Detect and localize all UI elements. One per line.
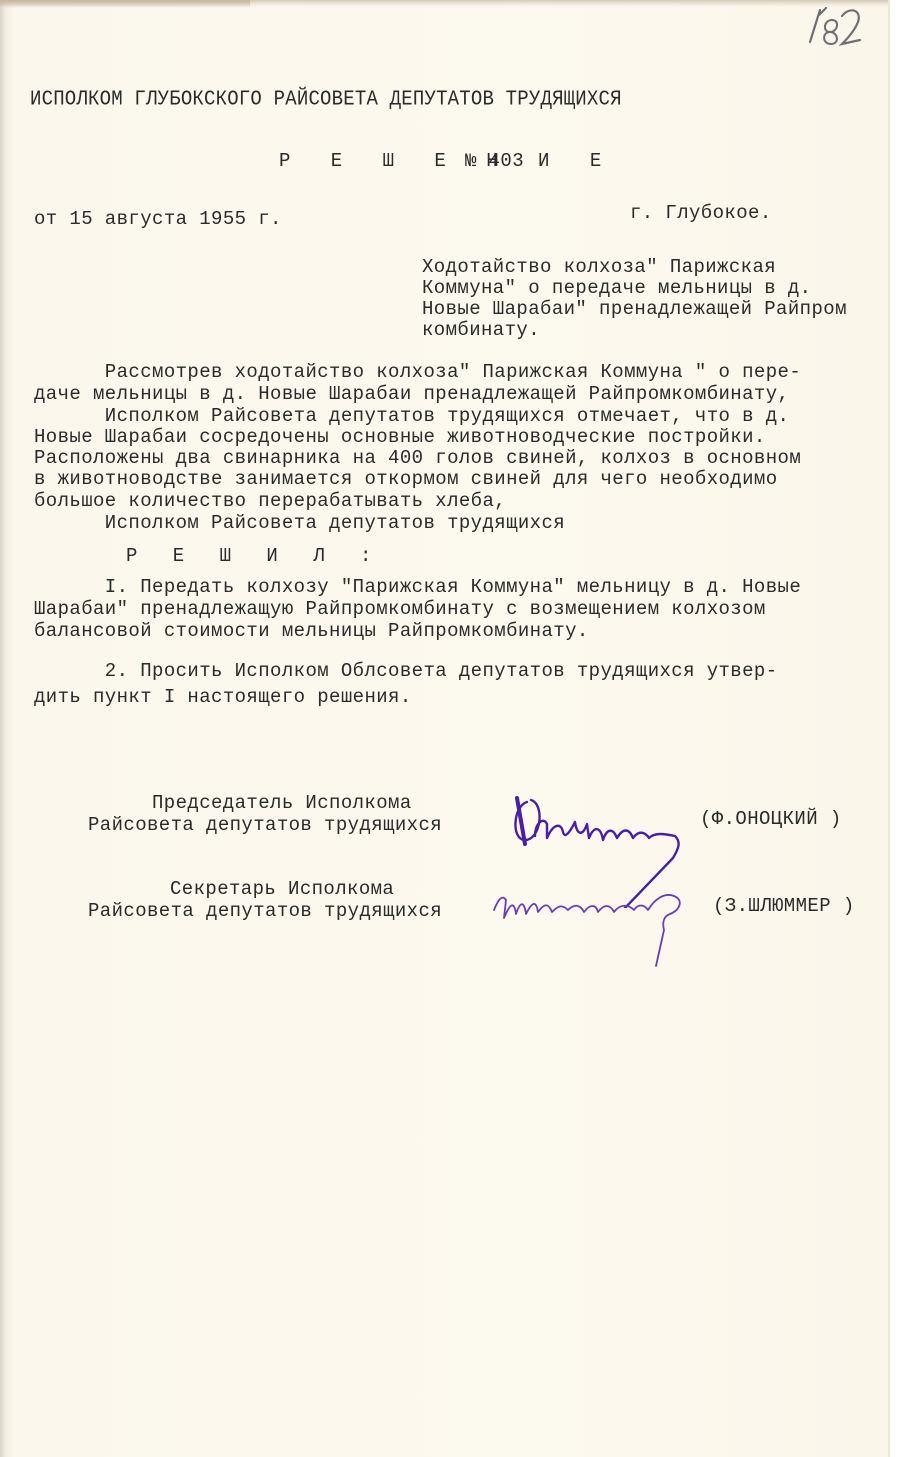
- resolved-label: Р Е Ш И Л :: [126, 547, 383, 566]
- body-line: Исполком Райсовета депутатов трудящихся …: [34, 407, 789, 426]
- body-line: Исполком Райсовета депутатов трудящихся: [34, 514, 565, 533]
- item-line: дить пункт I настоящего решения.: [34, 688, 412, 707]
- document-title: Р Е Ш Е Н И Е: [279, 152, 616, 171]
- document-place: г. Глубокое.: [630, 204, 772, 223]
- folio-number-handwritten: [804, 2, 864, 48]
- signatory-title: Райсовета депутатов трудящихся: [88, 816, 442, 835]
- document-page: ИСПОЛКОМ ГЛУБОКСКОГО РАЙСОВЕТА ДЕПУТАТОВ…: [0, 0, 890, 1457]
- subject-line: Новые Шарабаи" пренадлежащей Райпром: [422, 300, 847, 319]
- signatory-name: (Ф.ОНОЦКИЙ ): [700, 810, 842, 829]
- subject-line: Коммуна" о передаче мельницы в д.: [422, 279, 811, 298]
- body-line: большое количество перерабатывать хлеба,: [34, 492, 506, 511]
- secretary-signature: [488, 870, 698, 970]
- item-line: балансовой стоимости мельницы Райпромком…: [34, 622, 589, 641]
- signatory-name: (З.ШЛЮММЕР ): [713, 897, 855, 916]
- signatory-title: Секретарь Исполкома: [170, 880, 394, 899]
- organization-header: ИСПОЛКОМ ГЛУБОКСКОГО РАЙСОВЕТА ДЕПУТАТОВ…: [30, 89, 622, 110]
- body-line: Рассмотрев ходотайство колхоза" Парижска…: [34, 363, 801, 382]
- body-line: Новые Шарабаи сосредочены основные живот…: [34, 428, 766, 447]
- paper-edge-shadow: [0, 0, 250, 8]
- subject-line: комбинату.: [422, 321, 540, 340]
- subject-line: Ходотайство колхоза" Парижская: [422, 258, 776, 277]
- signatory-title: Райсовета депутатов трудящихся: [88, 902, 442, 921]
- document-date: от 15 августа 1955 г.: [34, 210, 282, 229]
- body-line: Расположены два свинарника на 400 голов …: [34, 449, 801, 468]
- decision-number: № 403: [465, 152, 524, 171]
- item-line: Шарабаи" пренадлежащую Райпромкомбинату …: [34, 600, 766, 619]
- item-line: I. Передать колхозу "Парижская Коммуна" …: [34, 578, 801, 597]
- item-line: 2. Просить Исполком Облсовета депутатов …: [34, 662, 778, 681]
- body-line: даче мельницы в д. Новые Шарабаи пренадл…: [34, 385, 789, 404]
- body-line: в животноводстве занимается откормом сви…: [34, 470, 778, 489]
- signatory-title: Председатель Исполкома: [152, 794, 412, 813]
